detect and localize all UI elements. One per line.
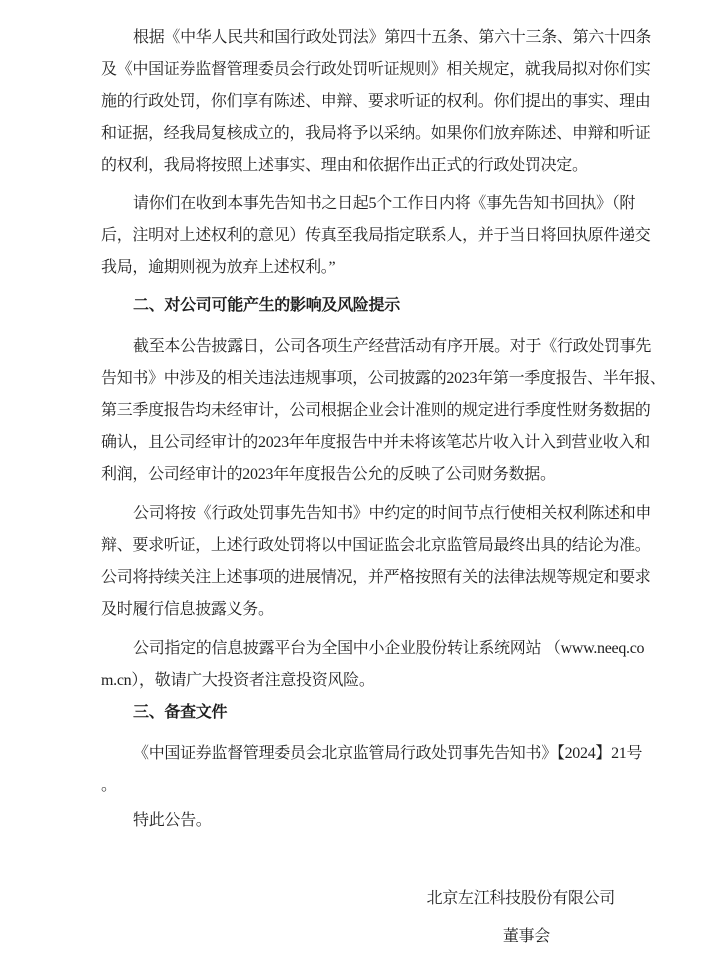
- paragraph-line: 告知书》中涉及的相关违法违规事项，公司披露的2023年第一季度报告、半年报、: [101, 363, 650, 395]
- section-heading-text: 二、对公司可能产生的影响及风险提示: [101, 290, 650, 322]
- paragraph-line: 公司指定的信息披露平台为全国中小企业股份转让系统网站 （www.neeq.co: [101, 633, 650, 665]
- heading-section-3-reference-documents: 三、备查文件: [101, 697, 650, 729]
- company-name: 北京左江科技股份有限公司: [101, 883, 650, 915]
- section-heading-text: 三、备查文件: [101, 697, 650, 729]
- paragraph-line: 根据《中华人民共和国行政处罚法》第四十五条、第六十三条、第六十四条: [101, 22, 650, 54]
- paragraph-line: 确认，且公司经审计的2023年年度报告中并未将该笔芯片收入计入到营业收入和: [101, 427, 650, 459]
- paragraph-line: 施的行政处罚，你们享有陈述、申辩、要求听证的权利。你们提出的事实、理由: [101, 86, 650, 118]
- paragraph-line: 特此公告。: [101, 805, 650, 837]
- paragraph-line: m.cn），敬请广大投资者注意投资风险。: [101, 665, 650, 697]
- signature-block: 北京左江科技股份有限公司 董事会: [101, 883, 650, 953]
- board-of-directors-label: 董事会: [101, 921, 650, 953]
- paragraph-line: 及《中国证券监督管理委员会行政处罚听证规则》相关规定，就我局拟对你们实: [101, 54, 650, 86]
- para-impact-statement: 截至本公告披露日，公司各项生产经营活动有序开展。对于《行政处罚事先告知书》中涉及…: [101, 331, 650, 491]
- paragraph-line: 和证据，经我局复核成立的，我局将予以采纳。如果你们放弃陈述、申辩和听证: [101, 118, 650, 150]
- para-reference-document: 《中国证券监督管理委员会北京监管局行政处罚事先告知书》【2024】21号。: [101, 738, 650, 802]
- document-page: 根据《中华人民共和国行政处罚法》第四十五条、第六十三条、第六十四条及《中国证券监…: [0, 0, 714, 969]
- para-hearing-rights: 根据《中华人民共和国行政处罚法》第四十五条、第六十三条、第六十四条及《中国证券监…: [101, 22, 650, 182]
- para-receipt-reply: 请你们在收到本事先告知书之日起5个工作日内将《事先告知书回执》（附后，注明对上述…: [101, 188, 650, 284]
- paragraph-line: 的权利，我局将按照上述事实、理由和依据作出正式的行政处罚决定。: [101, 150, 650, 182]
- paragraph-line: 公司将持续关注上述事项的进展情况，并严格按照有关的法律法规等规定和要求: [101, 562, 650, 594]
- paragraph-line: 截至本公告披露日，公司各项生产经营活动有序开展。对于《行政处罚事先: [101, 331, 650, 363]
- paragraph-line: 请你们在收到本事先告知书之日起5个工作日内将《事先告知书回执》（附: [101, 188, 650, 220]
- paragraph-line: 《中国证券监督管理委员会北京监管局行政处罚事先告知书》【2024】21号: [101, 738, 650, 770]
- heading-section-2-impact-risk: 二、对公司可能产生的影响及风险提示: [101, 290, 650, 322]
- paragraph-line: 辩、要求听证，上述行政处罚将以中国证监会北京监管局最终出具的结论为准。: [101, 530, 650, 562]
- paragraph-line: 。: [101, 770, 650, 802]
- para-closing: 特此公告。: [101, 805, 650, 837]
- paragraph-line: 及时履行信息披露义务。: [101, 594, 650, 626]
- paragraph-line: 公司将按《行政处罚事先告知书》中约定的时间节点行使相关权利陈述和申: [101, 498, 650, 530]
- paragraph-line: 第三季度报告均未经审计，公司根据企业会计准则的规定进行季度性财务数据的: [101, 395, 650, 427]
- paragraph-line: 后，注明对上述权利的意见）传真至我局指定联系人，并于当日将回执原件递交: [101, 220, 650, 252]
- document-body: 根据《中华人民共和国行政处罚法》第四十五条、第六十三条、第六十四条及《中国证券监…: [101, 22, 650, 837]
- para-procedure-follow-up: 公司将按《行政处罚事先告知书》中约定的时间节点行使相关权利陈述和申辩、要求听证，…: [101, 498, 650, 626]
- para-disclosure-platform: 公司指定的信息披露平台为全国中小企业股份转让系统网站 （www.neeq.com…: [101, 633, 650, 697]
- paragraph-line: 利润，公司经审计的2023年年度报告公允的反映了公司财务数据。: [101, 459, 650, 491]
- paragraph-line: 我局，逾期则视为放弃上述权利。”: [101, 252, 650, 284]
